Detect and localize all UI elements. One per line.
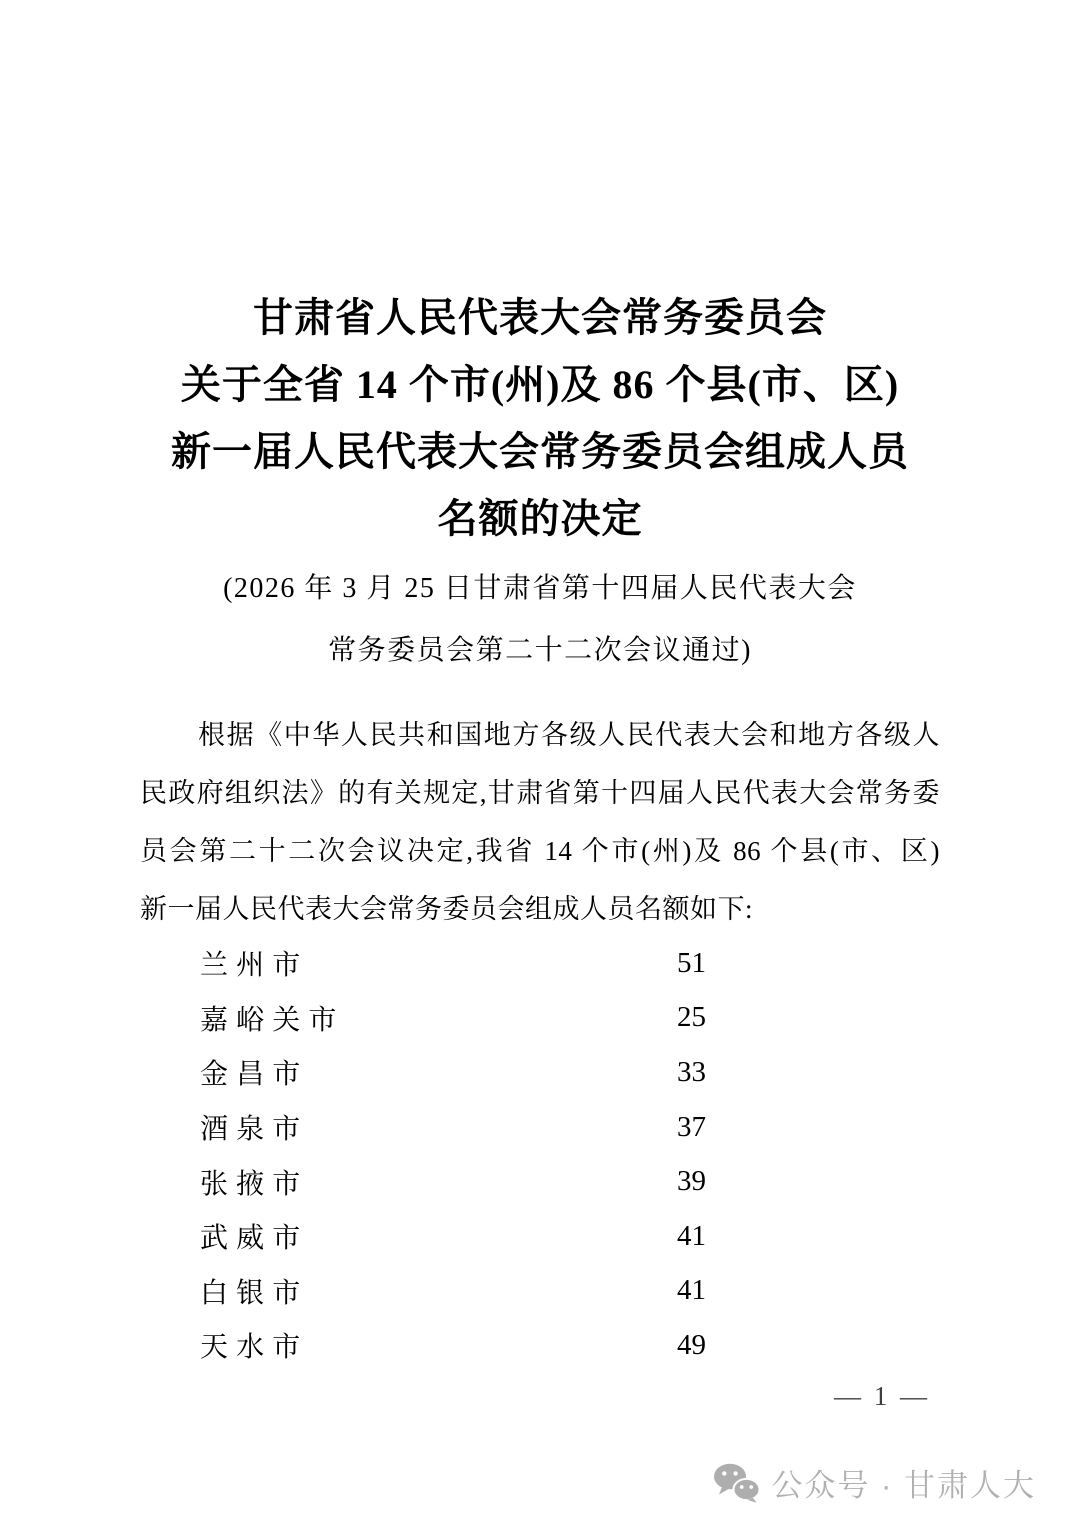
allocation-row: 张掖市 39 <box>140 1154 940 1209</box>
allocation-list: 兰州市 51 嘉峪关市 25 金昌市 33 酒泉市 37 张掖市 39 武威市 … <box>140 936 940 1373</box>
wechat-icon <box>713 1463 760 1503</box>
body-paragraph: 根据《中华人民共和国地方各级人民代表大会和地方各级人 民政府组织法》的有关规定,… <box>140 706 940 938</box>
allocation-quota: 41 <box>677 1220 706 1253</box>
allocation-quota: 49 <box>677 1329 706 1362</box>
document-subtitle: (2026 年 3 月 25 日甘肃省第十四届人民代表大会 常务委员会第二十二次… <box>140 558 940 682</box>
document-title-line: 甘肃省人民代表大会常务委员会 <box>140 284 940 351</box>
allocation-city-name: 酒泉市 <box>140 1107 308 1147</box>
body-paragraph-line: 民政府组织法》的有关规定,甘肃省第十四届人民代表大会常务委 <box>140 764 940 822</box>
allocation-city-name: 天水市 <box>140 1325 308 1365</box>
page-number: — 1 — <box>834 1381 930 1412</box>
allocation-row: 天水市 49 <box>140 1318 940 1373</box>
document-title-line: 名额的决定 <box>140 485 940 552</box>
wechat-watermark: 公众号 · 甘肃人大 <box>713 1460 1036 1505</box>
allocation-row: 武威市 41 <box>140 1209 940 1264</box>
allocation-quota: 51 <box>677 947 706 980</box>
body-paragraph-line: 新一届人民代表大会常务委员会组成人员名额如下: <box>140 880 940 938</box>
document-title-line: 关于全省 14 个市(州)及 86 个县(市、区) <box>140 351 940 418</box>
allocation-row: 酒泉市 37 <box>140 1100 940 1155</box>
document-title: 甘肃省人民代表大会常务委员会 关于全省 14 个市(州)及 86 个县(市、区)… <box>140 284 940 552</box>
allocation-city-name: 张掖市 <box>140 1162 308 1202</box>
allocation-quota: 39 <box>677 1165 706 1198</box>
allocation-row: 金昌市 33 <box>140 1045 940 1100</box>
allocation-row: 嘉峪关市 25 <box>140 991 940 1046</box>
allocation-city-name: 嘉峪关市 <box>140 998 344 1038</box>
document-subtitle-line: (2026 年 3 月 25 日甘肃省第十四届人民代表大会 <box>140 558 940 620</box>
allocation-row: 兰州市 51 <box>140 936 940 991</box>
document-title-line: 新一届人民代表大会常务委员会组成人员 <box>140 418 940 485</box>
document-subtitle-line: 常务委员会第二十二次会议通过) <box>140 620 940 682</box>
allocation-city-name: 白银市 <box>140 1271 308 1311</box>
allocation-quota: 41 <box>677 1274 706 1307</box>
allocation-city-name: 金昌市 <box>140 1052 308 1092</box>
allocation-quota: 25 <box>677 1001 706 1034</box>
allocation-city-name: 兰州市 <box>140 943 308 983</box>
allocation-row: 白银市 41 <box>140 1264 940 1319</box>
allocation-quota: 37 <box>677 1111 706 1144</box>
watermark-text: 公众号 · 甘肃人大 <box>771 1460 1036 1505</box>
body-paragraph-line: 根据《中华人民共和国地方各级人民代表大会和地方各级人 <box>140 706 940 764</box>
body-paragraph-line: 员会第二十二次会议决定,我省 14 个市(州)及 86 个县(市、区) <box>140 822 940 880</box>
document-page: 甘肃省人民代表大会常务委员会 关于全省 14 个市(州)及 86 个县(市、区)… <box>0 0 1080 1527</box>
allocation-quota: 33 <box>677 1056 706 1089</box>
allocation-city-name: 武威市 <box>140 1216 308 1256</box>
